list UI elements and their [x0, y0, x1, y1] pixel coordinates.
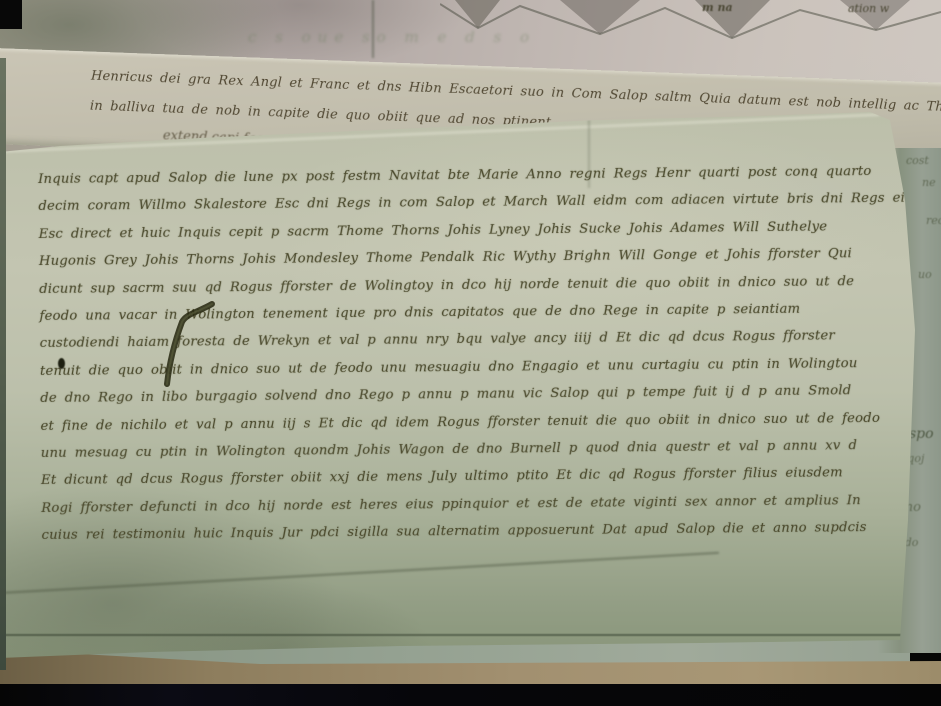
main-parchment: Inquis capt apud Salop die lune px post … — [0, 110, 941, 670]
left-edge-shadow — [0, 58, 6, 670]
parchment-tear — [150, 292, 240, 407]
parchment-hole — [58, 358, 65, 369]
top-edge-writing-fragment: m na — [702, 1, 733, 14]
text-fragment: ne — [922, 176, 936, 189]
bottom-black-bar — [0, 684, 941, 706]
text-fragment: uo — [918, 268, 932, 281]
text-fragment: reci — [926, 214, 941, 227]
top-left-black-notch — [0, 0, 22, 29]
manuscript-photo: c s oue so m e d s o m na ation w Henric… — [0, 0, 941, 706]
text-fragment: cost — [906, 154, 929, 167]
fold-crease — [0, 552, 719, 594]
parchment-bottom-edge — [0, 634, 905, 636]
top-edge-writing-fragment: ation w — [848, 2, 889, 15]
